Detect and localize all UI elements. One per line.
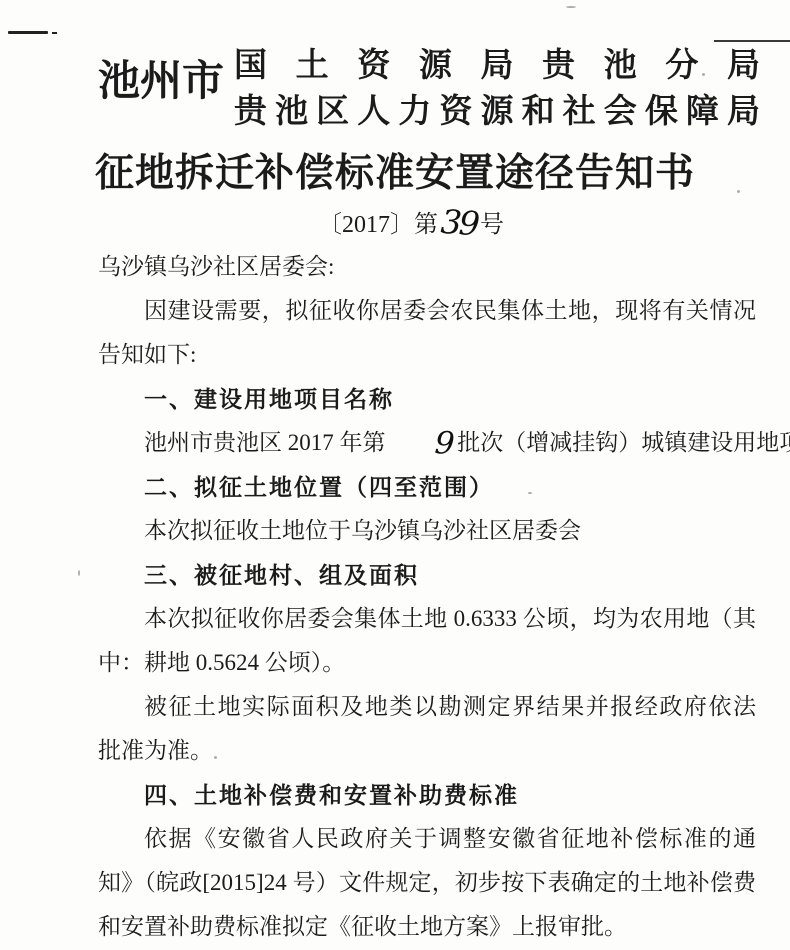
scan-artifact-line xyxy=(714,40,790,42)
scan-speck xyxy=(737,190,740,193)
recipient-line: 乌沙镇乌沙社区居委会: xyxy=(98,245,756,289)
handwritten-batch-number: 9 xyxy=(385,431,458,454)
section-2-heading: 二、拟征土地位置（四至范围） xyxy=(98,465,756,509)
issuer-city-name: 池州市 xyxy=(98,58,224,104)
document-body: 乌沙镇乌沙社区居委会: 因建设需要，拟征收你居委会农民集体土地，现将有关情况 告… xyxy=(0,239,790,949)
handwritten-document-number: 39 xyxy=(437,213,480,234)
issuer-department-block: 国土资源局贵池分局 贵池区人力资源和社会保障局 xyxy=(234,42,760,134)
scan-speck xyxy=(78,570,80,576)
policy-basis-line-3: 和安置补助费标准拟定《征收土地方案》上报审批。 xyxy=(98,905,756,949)
section-4-heading: 四、土地补偿费和安置补助费标准 xyxy=(98,773,756,817)
issuer-department-line-2: 贵池区人力资源和社会保障局 xyxy=(234,88,760,134)
issuer-department-line-1: 国土资源局贵池分局 xyxy=(234,42,760,88)
scan-speck xyxy=(702,73,705,76)
issuer-masthead: 池州市 国土资源局贵池分局 贵池区人力资源和社会保障局 xyxy=(0,0,790,134)
scan-speck xyxy=(566,6,576,8)
project-name-pre: 池州市贵池区 2017 年第 xyxy=(144,430,386,455)
land-area-line-1: 本次拟征收你居委会集体土地 0.6333 公顷，均为农用地（其 xyxy=(98,597,756,641)
survey-note-line-2: 批准为准。 xyxy=(98,729,756,773)
section-3-heading: 三、被征地村、组及面积 xyxy=(98,553,756,597)
scan-artifact-dash-dot xyxy=(52,32,57,34)
project-name-post: 批次（增减挂钩）城镇建设用地项目 xyxy=(457,430,790,455)
policy-basis-line-2: 知》（皖政[2015]24 号）文件规定，初步按下表确定的土地补偿费 xyxy=(98,861,756,905)
land-area-line-2: 中：耕地 0.5624 公顷）。 xyxy=(98,641,756,685)
project-name-line: 池州市贵池区 2017 年第9批次（增减挂钩）城镇建设用地项目 xyxy=(98,421,756,465)
document-header: 池州市 国土资源局贵池分局 贵池区人力资源和社会保障局 征地拆迁补偿标准安置途径… xyxy=(0,0,790,239)
document-title: 征地拆迁补偿标准安置途径告知书 xyxy=(0,142,790,198)
section-1-heading: 一、建设用地项目名称 xyxy=(98,377,756,421)
land-location-line: 本次拟征收土地位于乌沙镇乌沙社区居委会 xyxy=(98,509,756,553)
policy-basis-line-1: 依据《安徽省人民政府关于调整安徽省征地补偿标准的通 xyxy=(98,817,756,861)
doc-number-prefix: 〔2017〕第 xyxy=(318,212,438,238)
survey-note-line-1: 被征土地实际面积及地类以勘测定界结果并报经政府依法 xyxy=(98,685,756,729)
paragraph-intro: 因建设需要，拟征收你居委会农民集体土地，现将有关情况 xyxy=(98,289,756,333)
paragraph-intro-cont: 告知如下: xyxy=(98,333,756,377)
scan-speck xyxy=(214,756,217,759)
scanned-document-page: 池州市 国土资源局贵池分局 贵池区人力资源和社会保障局 征地拆迁补偿标准安置途径… xyxy=(0,0,790,950)
scan-artifact-dash xyxy=(8,31,48,34)
doc-number-suffix: 号 xyxy=(480,212,504,238)
scan-speck xyxy=(528,492,532,494)
document-number: 〔2017〕第39号 xyxy=(16,204,790,239)
